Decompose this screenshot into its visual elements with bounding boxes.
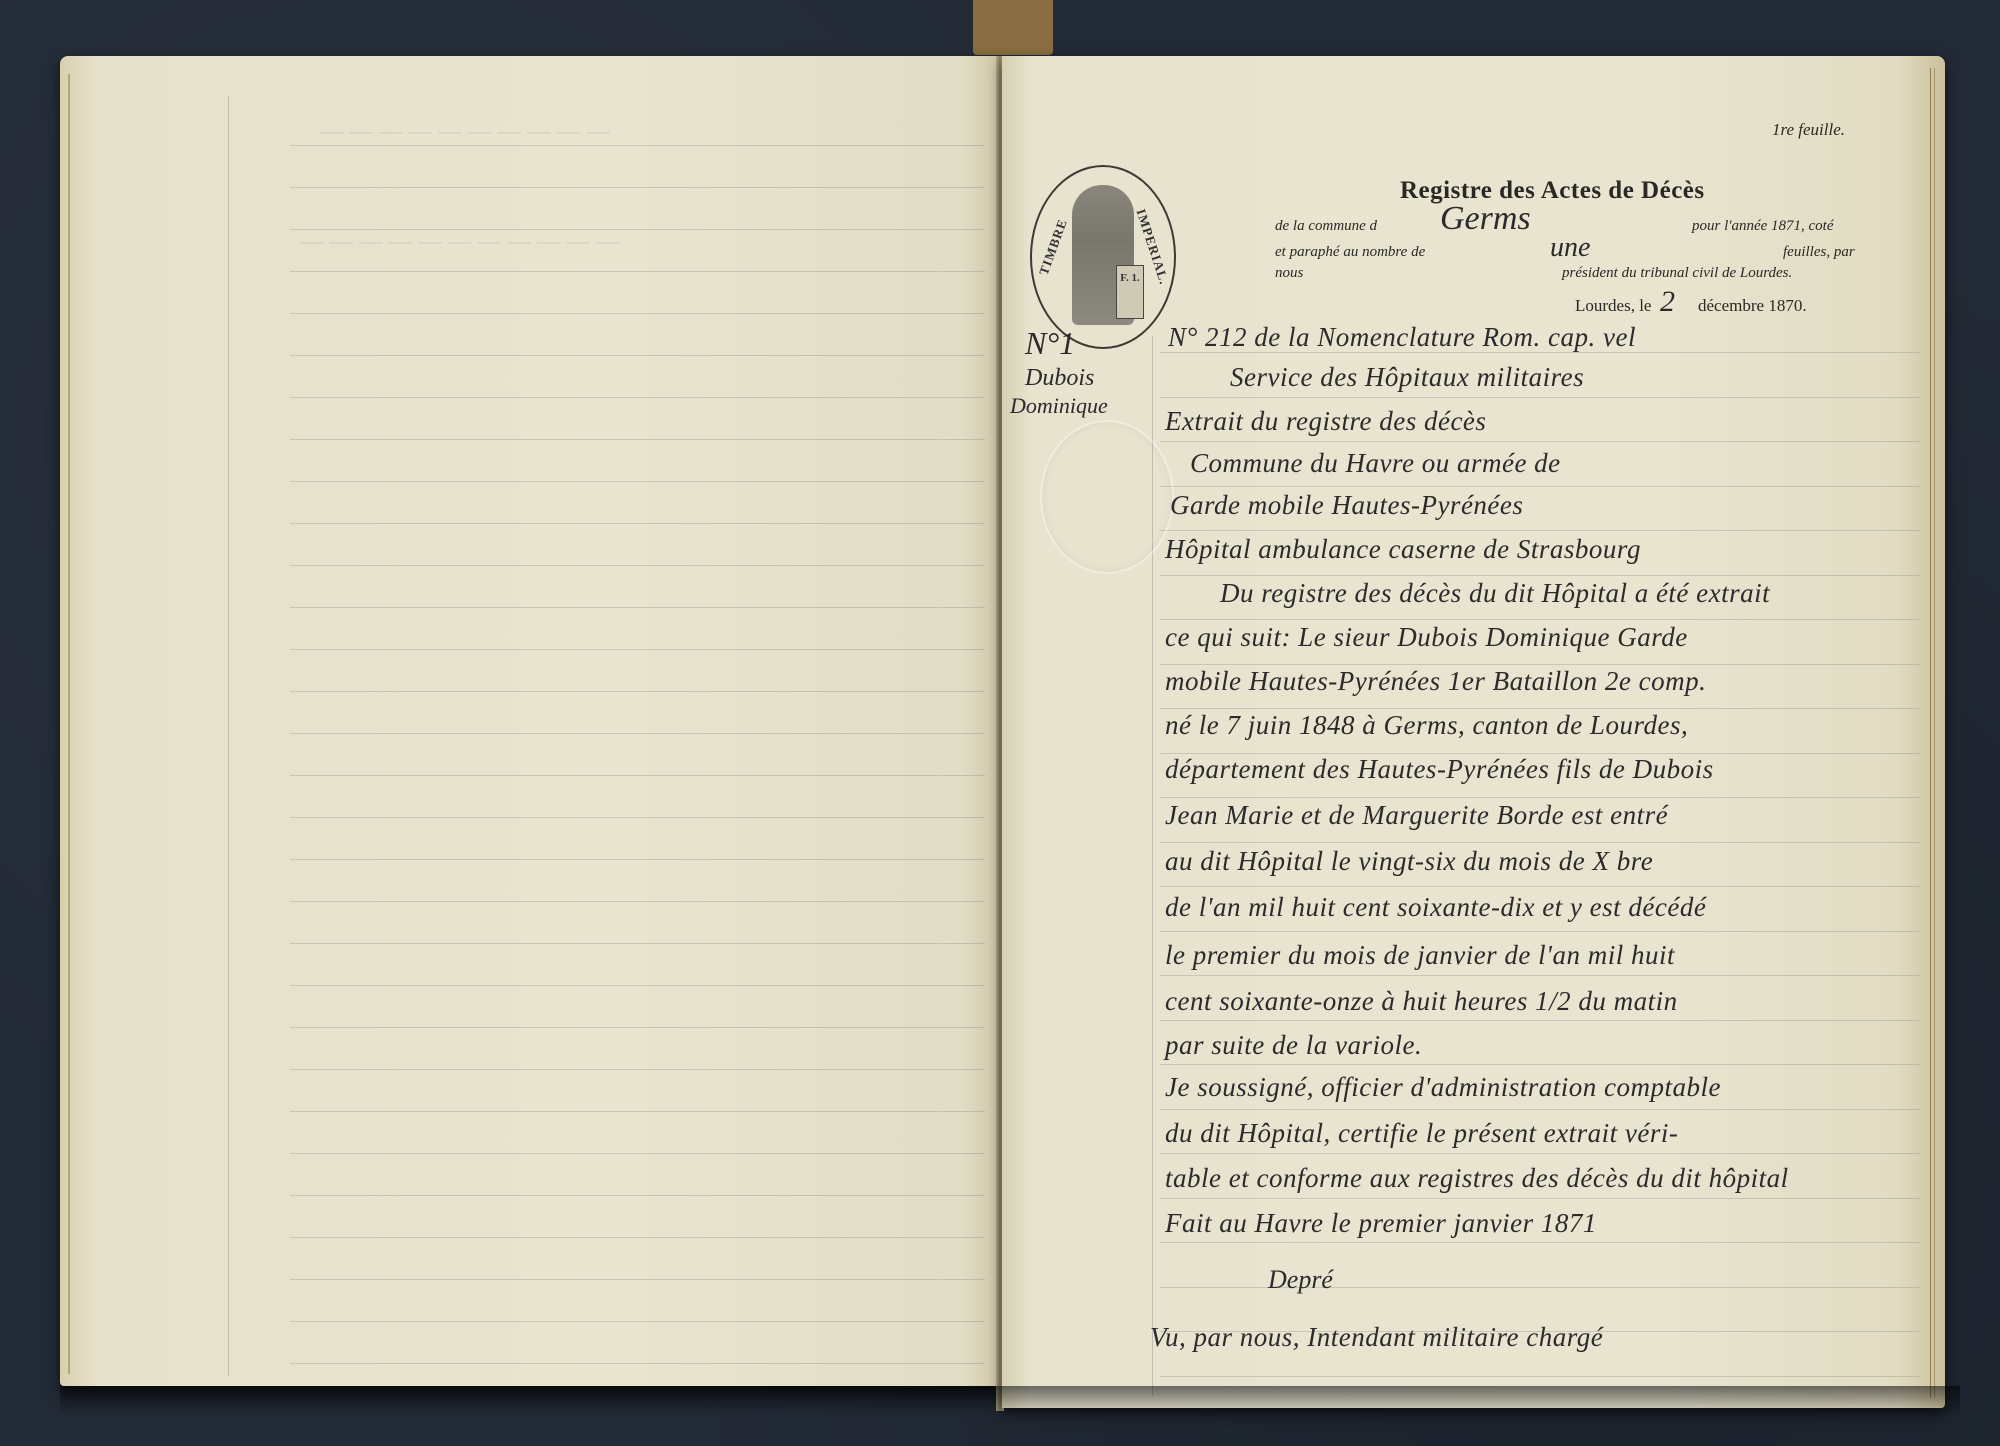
stamp-left-text: TIMBRE [1036,217,1071,278]
ruled-line [1160,1198,1920,1199]
ruled-line [1160,575,1920,576]
ruled-line [290,1321,985,1322]
bleed-through-text: — — — — — — — — — — [320,116,610,146]
stamp-shield: F. 1. [1116,265,1144,319]
ruled-line [290,1069,985,1070]
ruled-line [1160,886,1920,887]
ruled-line [1160,1020,1920,1021]
ruled-line [290,1153,985,1154]
ruled-line [1160,1109,1920,1110]
header-line1-prefix: de la commune d [1275,218,1377,235]
ruled-line [1160,931,1920,932]
header-line1-suffix: pour l'année 1871, coté [1692,218,1834,235]
entry-line: né le 7 juin 1848 à Germs, canton de Lou… [1165,710,1688,741]
ruled-line [290,1363,985,1364]
ruled-line [1160,797,1920,798]
ruled-line [290,439,985,440]
left-page: — — — — — — — — — — — — — — — — — — — — … [60,56,1000,1386]
header-line2-suffix: feuilles, par [1783,244,1855,261]
entry-line: Garde mobile Hautes-Pyrénées [1170,490,1523,521]
page-edge [1930,68,1935,1398]
entry-line: département des Hautes-Pyrénées fils de … [1165,754,1714,785]
ruled-line [290,313,985,314]
entry-line: Extrait du registre des décès [1165,406,1486,437]
ruled-line [290,229,985,230]
ruled-line [290,775,985,776]
ruled-line [290,1237,985,1238]
ruled-line [290,523,985,524]
ruled-line [290,859,985,860]
entry-line: ce qui suit: Le sieur Dubois Dominique G… [1165,622,1688,653]
ruled-line [1160,664,1920,665]
ruled-line [290,733,985,734]
ruled-line [290,649,985,650]
entry-line: Fait au Havre le premier janvier 1871 [1165,1208,1597,1239]
entry-line: Jean Marie et de Marguerite Borde est en… [1165,800,1668,831]
ruled-line [1160,842,1920,843]
ruled-line [1160,708,1920,709]
ruled-line [290,901,985,902]
date-prefix: Lourdes, le [1575,296,1651,316]
entry-number: N°1 [1025,325,1075,362]
embossed-seal [1040,420,1174,574]
page-edge [68,74,70,1374]
ruled-line [290,1195,985,1196]
ruled-line [290,817,985,818]
header-line2-prefix: et paraphé au nombre de [1275,244,1425,261]
ruled-line [290,145,985,146]
entry-line: Service des Hôpitaux militaires [1230,362,1584,393]
entry-line: du dit Hôpital, certifie le présent extr… [1165,1118,1678,1149]
ruled-line [290,481,985,482]
entry-line: cent soixante-onze à huit heures 1/2 du … [1165,986,1678,1017]
binding-tab [973,0,1053,55]
signature: Depré [1268,1265,1333,1295]
entry-line: Du registre des décès du dit Hôpital a é… [1220,578,1770,609]
ruled-line [290,187,985,188]
entry-line: N° 212 de la Nomenclature Rom. cap. vel [1168,322,1636,353]
entry-line: table et conforme aux registres des décè… [1165,1163,1789,1194]
ruled-line [1160,1376,1920,1377]
entry-line: Commune du Havre ou armée de [1190,448,1561,479]
count-handwritten: une [1550,232,1590,264]
entry-line: le premier du mois de janvier de l'an mi… [1165,940,1675,971]
ruled-line [1160,1153,1920,1154]
entry-line: au dit Hôpital le vingt-six du mois de X… [1165,846,1653,877]
deceased-firstname: Dominique [1010,393,1108,419]
ruled-line [1160,530,1920,531]
entry-line: mobile Hautes-Pyrénées 1er Bataillon 2e … [1165,666,1706,697]
entry-line: par suite de la variole. [1165,1030,1422,1061]
bleed-through-text: — — — — — — — — — — — [300,226,619,256]
ruled-line [1160,619,1920,620]
commune-handwritten: Germs [1440,200,1531,238]
entry-line: Je soussigné, officier d'administration … [1165,1072,1721,1103]
deceased-surname: Dubois [1025,365,1094,392]
ruled-line [1160,441,1920,442]
entry-line: Hôpital ambulance caserne de Strasbourg [1165,534,1641,565]
ruled-line [290,943,985,944]
date-suffix: décembre 1870. [1698,296,1807,316]
ruled-line [1160,975,1920,976]
ruled-line [290,985,985,986]
ruled-line [290,355,985,356]
ruled-line [1160,1242,1920,1243]
imperial-stamp: TIMBRE IMPERIAL. F. 1. [1030,165,1176,349]
ruled-line [290,1279,985,1280]
ruled-line [290,565,985,566]
ruled-line [290,1111,985,1112]
date-day-handwritten: 2 [1660,285,1675,319]
ruled-line [1160,397,1920,398]
sheet-label: 1re feuille. [1772,120,1845,140]
ruled-line [290,397,985,398]
ruled-line [1160,1064,1920,1065]
footer-line: Vu, par nous, Intendant militaire chargé [1150,1322,1603,1353]
header-line3-prefix: nous [1275,265,1303,282]
ruled-line [290,691,985,692]
entry-line: de l'an mil huit cent soixante-dix et y … [1165,892,1706,923]
ruled-line [290,607,985,608]
header-line3-suffix: président du tribunal civil de Lourdes. [1562,265,1792,282]
page-shadow [60,1386,1960,1416]
margin-rule [228,96,229,1376]
ruled-line [290,1027,985,1028]
ruled-line [290,271,985,272]
ruled-line [1160,486,1920,487]
